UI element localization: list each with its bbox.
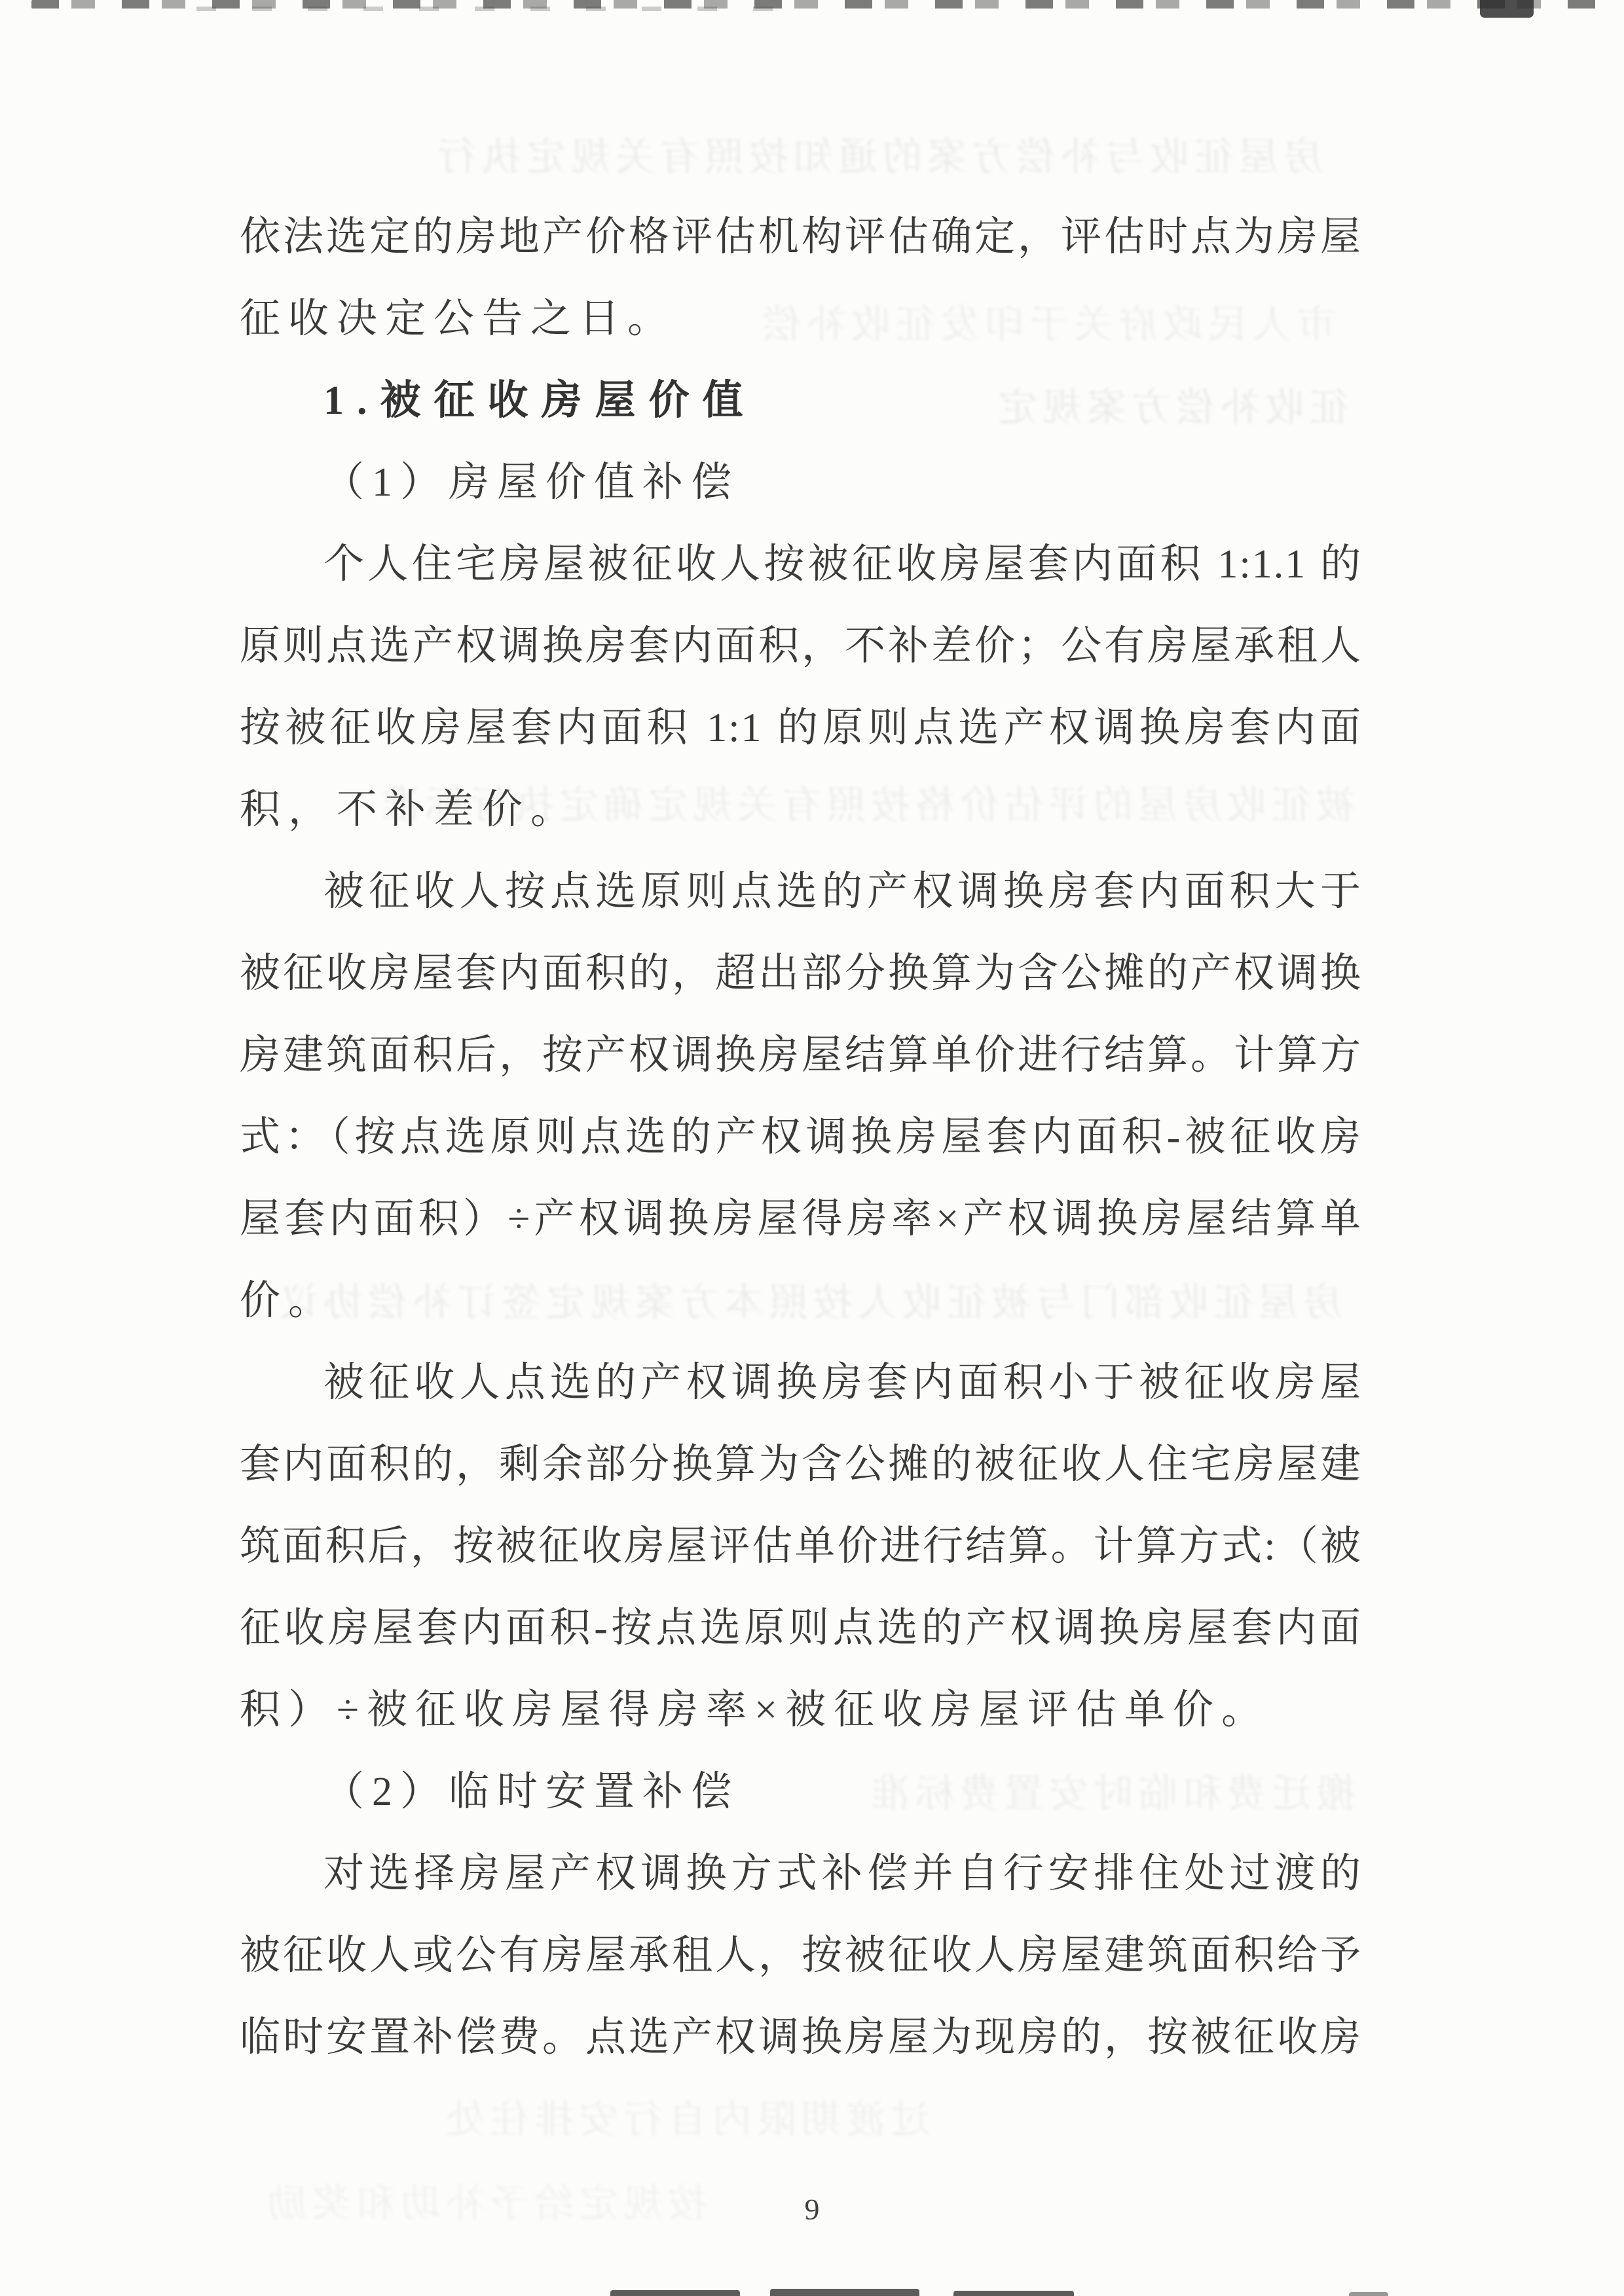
scanned-document-page: 房屋征收与补偿方案的通知按照有关规定执行 市人民政府关于印发征收补偿 征收补偿方… [0,0,1624,2296]
text-line-14: 价。 [240,1260,1362,1342]
scan-artifact-top-edge-2 [196,7,786,11]
subsection-label-1: （1）房屋价值补偿 [240,442,1362,524]
section-heading: 1.被征收房屋价值 [240,360,1362,442]
text-line-18: 征收房屋套内面积-按点选原则点选的产权调换房屋套内面 [240,1588,1362,1669]
text-line-11: 房建筑面积后，按产权调换房屋结算单价进行结算。计算方 [240,1015,1362,1097]
text-line-19: 积）÷被征收房屋得房率×被征收房屋评估单价。 [240,1669,1362,1751]
text-line-13: 屋套内面积）÷产权调换房屋得房率×产权调换房屋结算单 [240,1178,1362,1260]
page-number: 9 [0,2192,1624,2227]
bleed-through-text: 过渡期限内自行安排住处 [275,2088,930,2145]
text-line-22: 被征收人或公有房屋承租人，按被征收人房屋建筑面积给予 [240,1915,1362,1997]
text-line-17: 筑面积后，按被征收房屋评估单价进行结算。计算方式:（被 [240,1506,1362,1588]
subsection-label-2: （2）临时安置补偿 [240,1751,1362,1833]
document-body: 依法选定的房地产价格评估机构评估确定，评估时点为房屋 征收决定公告之日。 1.被… [240,196,1362,2079]
text-line-5: 个人住宅房屋被征收人按被征收房屋套内面积 1:1.1 的 [240,524,1362,606]
scan-artifact-bottom-edge [770,2289,919,2296]
text-line-21: 对选择房屋产权调换方式补偿并自行安排住处过渡的 [240,1833,1362,1915]
text-line-7: 按被征收房屋套内面积 1:1 的原则点选产权调换房套内面 [240,687,1362,769]
text-line-23: 临时安置补偿费。点选产权调换房屋为现房的，按被征收房 [240,1997,1362,2079]
text-line-1: 依法选定的房地产价格评估机构评估确定，评估时点为房屋 [240,196,1362,278]
text-line-2: 征收决定公告之日。 [240,278,1362,360]
scan-artifact-top-right-blob [1480,0,1534,18]
text-line-15: 被征收人点选的产权调换房套内面积小于被征收房屋 [240,1342,1362,1424]
scan-artifact-bottom-edge [1349,2292,1388,2296]
scan-artifact-bottom-edge [610,2290,740,2296]
text-line-9: 被征收人按点选原则点选的产权调换房套内面积大于 [240,851,1362,933]
text-line-6: 原则点选产权调换房套内面积，不补差价；公有房屋承租人 [240,606,1362,687]
bleed-through-text: 房屋征收与补偿方案的通知按照有关规定执行 [249,126,1323,182]
scan-artifact-bottom-edge [953,2291,1074,2296]
text-line-12: 式：（按点选原则点选的产权调换房屋套内面积-被征收房 [240,1097,1362,1178]
text-line-16: 套内面积的，剩余部分换算为含公摊的被征收人住宅房屋建 [240,1424,1362,1506]
text-line-8: 积，不补差价。 [240,769,1362,851]
text-line-10: 被征收房屋套内面积的，超出部分换算为含公摊的产权调换 [240,933,1362,1015]
